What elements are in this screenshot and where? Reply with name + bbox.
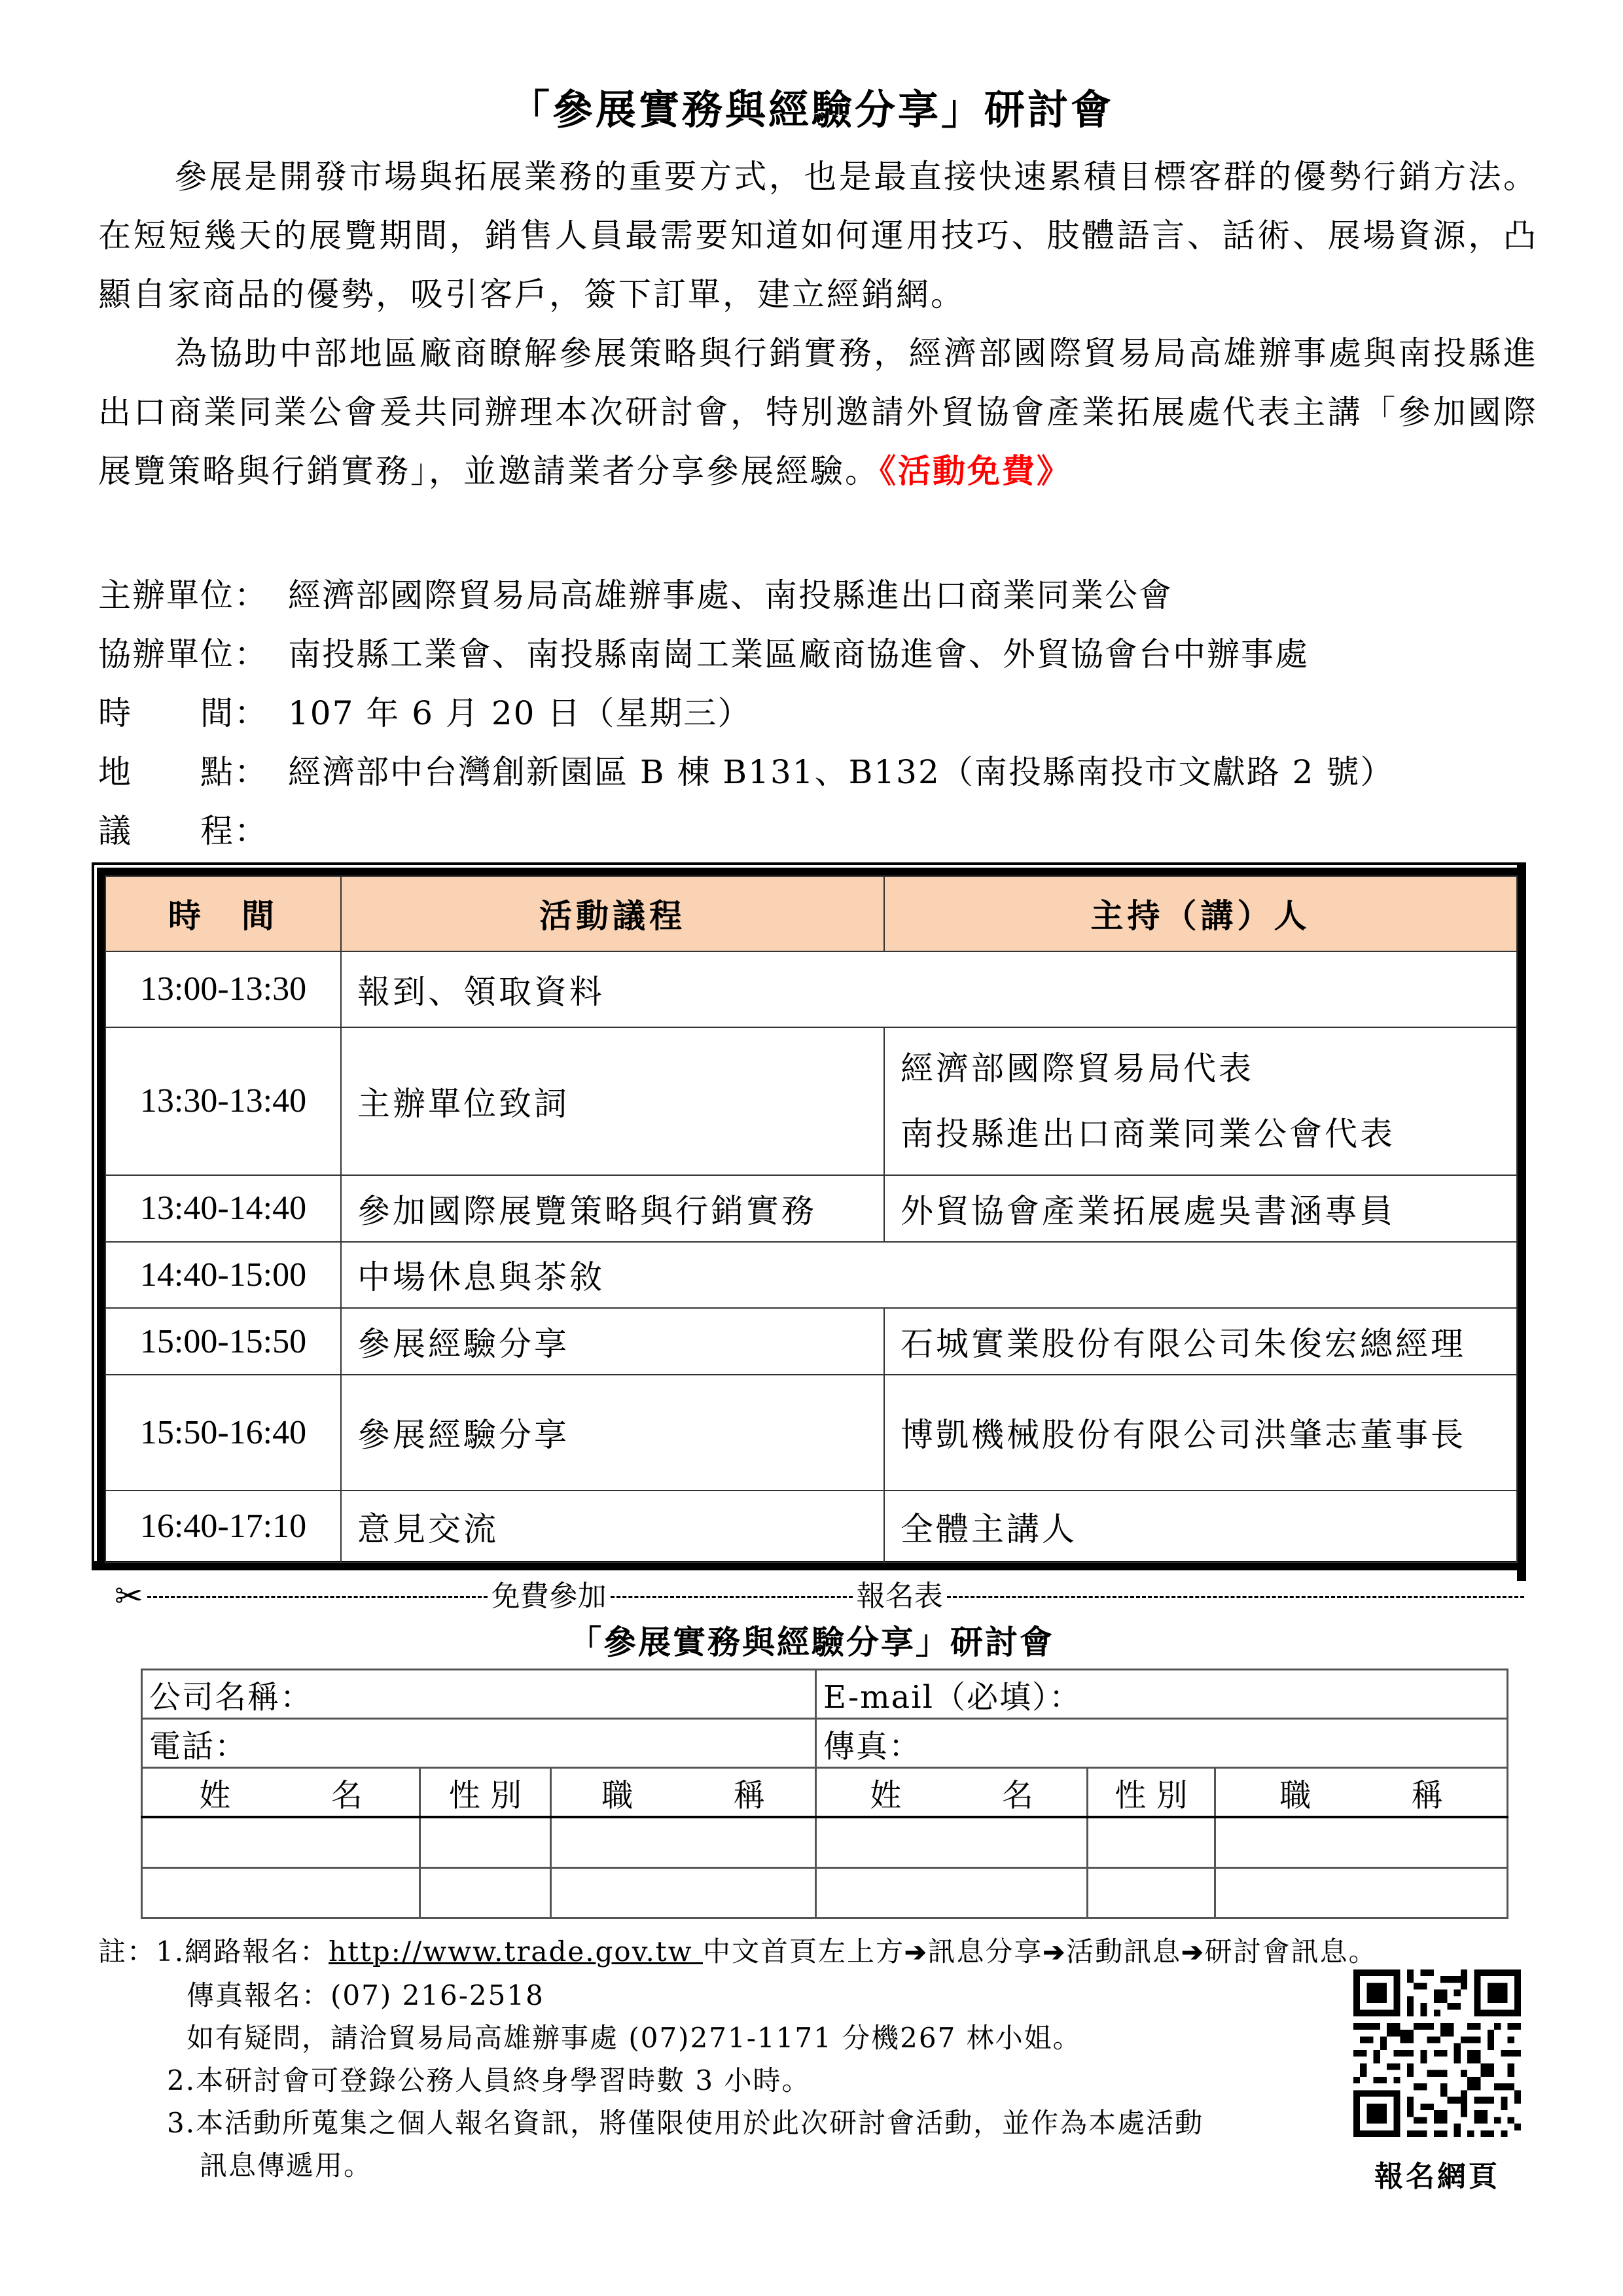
host-line: 經濟部國際貿易局代表 <box>901 1036 1501 1101</box>
gender-input[interactable] <box>420 1868 551 1918</box>
gender-input[interactable] <box>1088 1817 1215 1868</box>
name-input[interactable] <box>142 1817 420 1868</box>
header-host: 主持（講）人 <box>884 876 1517 951</box>
name-input[interactable] <box>142 1868 420 1918</box>
job-title-input[interactable] <box>1215 1868 1508 1918</box>
arrow-right-icon: ➔ <box>1043 1937 1067 1968</box>
info-value: 南投縣工業會、南投縣南崗工業區廠商協進會、外貿協會台中辦事處 <box>288 635 1309 673</box>
cell-time: 13:40-14:40 <box>105 1175 341 1242</box>
gender-input[interactable] <box>1088 1868 1215 1918</box>
header-job-title: 職稱 <box>1215 1768 1508 1818</box>
fax-field[interactable]: 傳真： <box>816 1719 1508 1768</box>
info-value: 107 年 6 月 20 日（星期三） <box>288 694 751 732</box>
header-time: 時 間 <box>105 876 341 951</box>
company-field[interactable]: 公司名稱： <box>142 1670 816 1719</box>
info-label: 協辦單位： <box>98 625 288 684</box>
info-date: 時 間：107 年 6 月 20 日（星期三） <box>98 684 751 743</box>
cell-activity: 中場休息與茶敘 <box>341 1242 1517 1309</box>
name-input[interactable] <box>816 1868 1088 1918</box>
form-title: 「參展實務與經驗分享」研討會 <box>0 1616 1623 1663</box>
phone-label: 電話： <box>149 1728 247 1765</box>
header-name: 姓名 <box>142 1768 420 1818</box>
cut-line: ✂ 免費參加 報名表 <box>115 1574 1528 1619</box>
table-row: 15:50-16:40 參展經驗分享 博凱機械股份有限公司洪肇志董事長 <box>105 1375 1517 1491</box>
arrow-right-icon: ➔ <box>1181 1937 1205 1968</box>
cell-time: 14:40-15:00 <box>105 1242 341 1309</box>
info-label: 議 程： <box>98 802 288 860</box>
cell-time: 15:00-15:50 <box>105 1308 341 1375</box>
header-job-title: 職稱 <box>551 1768 816 1818</box>
table-row: 14:40-15:00 中場休息與茶敘 <box>105 1242 1517 1309</box>
cell-host: 經濟部國際貿易局代表 南投縣進出口商業同業公會代表 <box>884 1027 1517 1175</box>
info-co-organizer: 協辦單位：南投縣工業會、南投縣南崗工業區廠商協進會、外貿協會台中辦事處 <box>98 625 1309 684</box>
note-prefix: 註： <box>98 1935 156 1968</box>
dashed-divider <box>147 1596 488 1598</box>
free-event-tag: 《活動免費》 <box>880 451 1071 490</box>
job-title-input[interactable] <box>551 1817 816 1868</box>
cell-activity: 參加國際展覽策略與行銷實務 <box>341 1175 884 1242</box>
cell-activity: 報到、領取資料 <box>341 951 1517 1027</box>
job-title-input[interactable] <box>551 1868 816 1918</box>
agenda-header-row: 時 間 活動議程 主持（講）人 <box>105 876 1517 951</box>
job-title-input[interactable] <box>1215 1817 1508 1868</box>
cut-label-free: 免費參加 <box>491 1574 607 1619</box>
scissors-icon: ✂ <box>115 1574 143 1619</box>
note-contact: 如有疑問，請洽貿易局高雄辦事處 (07)271-1171 分機267 林小姐。 <box>187 2017 1082 2060</box>
cell-activity: 參展經驗分享 <box>341 1375 884 1491</box>
cell-time: 13:00-13:30 <box>105 951 341 1027</box>
gender-input[interactable] <box>420 1817 551 1868</box>
qr-label: 報名網頁 <box>1353 2153 1521 2195</box>
table-row: 13:40-14:40 參加國際展覽策略與行銷實務 外貿協會產業拓展處吳書涵專員 <box>105 1175 1517 1242</box>
company-label: 公司名稱： <box>149 1679 313 1716</box>
cell-activity: 主辦單位致詞 <box>341 1027 884 1175</box>
cell-activity: 意見交流 <box>341 1491 884 1563</box>
email-label: E-mail（必填）： <box>823 1679 1082 1716</box>
intro-text-2: 為協助中部地區廠商瞭解參展策略與行銷實務，經濟部國際貿易局高雄辦事處與南投縣進出… <box>98 334 1538 490</box>
cell-host: 外貿協會產業拓展處吳書涵專員 <box>884 1175 1517 1242</box>
table-row: 13:30-13:40 主辦單位致詞 經濟部國際貿易局代表 南投縣進出口商業同業… <box>105 1027 1517 1175</box>
name-input[interactable] <box>816 1817 1088 1868</box>
page-title: 「參展實務與經驗分享」研討會 <box>0 77 1623 135</box>
intro-paragraph-2: 為協助中部地區廠商瞭解參展策略與行銷實務，經濟部國際貿易局高雄辦事處與南投縣進出… <box>98 324 1538 501</box>
info-label: 主辦單位： <box>98 566 288 625</box>
cell-host: 博凱機械股份有限公司洪肇志董事長 <box>884 1375 1517 1491</box>
agenda-table-frame: 時 間 活動議程 主持（講）人 13:00-13:30 報到、領取資料 13:3… <box>92 862 1525 1570</box>
cell-host: 石城實業股份有限公司朱俊宏總經理 <box>884 1308 1517 1375</box>
phone-field[interactable]: 電話： <box>142 1719 816 1768</box>
note-fax-signup: 傳真報名：(07) 216-2518 <box>187 1974 544 2017</box>
intro-paragraph-1: 參展是開發市場與拓展業務的重要方式，也是最直接快速累積目標客群的優勢行銷方法。在… <box>98 147 1538 324</box>
header-gender: 性 別 <box>1088 1768 1215 1818</box>
note-1-label: 1.網路報名： <box>156 1935 329 1968</box>
registration-form: 公司名稱： E-mail（必填）： 電話： 傳真： 姓名 性 別 職稱 姓名 性… <box>141 1669 1508 1919</box>
cut-label-form: 報名表 <box>857 1574 943 1619</box>
form-row-company: 公司名稱： E-mail（必填）： <box>142 1670 1508 1719</box>
form-entry-row <box>142 1817 1508 1868</box>
info-location: 地 點：經濟部中台灣創新園區 B 棟 B131、B132（南投縣南投市文獻路 2… <box>98 743 1394 802</box>
agenda-table: 時 間 活動議程 主持（講）人 13:00-13:30 報到、領取資料 13:3… <box>105 875 1518 1563</box>
info-agenda-label: 議 程： <box>98 802 288 860</box>
cell-time: 16:40-17:10 <box>105 1491 341 1563</box>
info-organizer: 主辦單位：經濟部國際貿易局高雄辦事處、南投縣進出口商業同業公會 <box>98 566 1173 625</box>
note-3-cont: 訊息傳遞用。 <box>200 2144 372 2187</box>
info-label: 時 間： <box>98 684 288 743</box>
info-label: 地 點： <box>98 743 288 802</box>
cell-activity: 參展經驗分享 <box>341 1308 884 1375</box>
form-header-row: 姓名 性 別 職稱 姓名 性 別 職稱 <box>142 1768 1508 1818</box>
email-field[interactable]: E-mail（必填）： <box>816 1670 1508 1719</box>
qr-code-icon[interactable] <box>1353 1969 1521 2137</box>
dashed-divider <box>611 1596 853 1598</box>
info-value: 經濟部中台灣創新園區 B 棟 B131、B132（南投縣南投市文獻路 2 號） <box>288 753 1394 791</box>
info-value: 經濟部國際貿易局高雄辦事處、南投縣進出口商業同業公會 <box>288 576 1173 614</box>
note-2: 2.本研討會可登錄公務人員終身學習時數 3 小時。 <box>167 2059 811 2102</box>
fax-label: 傳真： <box>823 1728 921 1765</box>
arrow-right-icon: ➔ <box>904 1937 928 1968</box>
table-row: 16:40-17:10 意見交流 全體主講人 <box>105 1491 1517 1563</box>
header-activity: 活動議程 <box>341 876 884 951</box>
intro-text-1: 參展是開發市場與拓展業務的重要方式，也是最直接快速累積目標客群的優勢行銷方法。在… <box>98 158 1538 313</box>
form-row-phone: 電話： 傳真： <box>142 1719 1508 1768</box>
note-1: 註：1.網路報名：http://www.trade.gov.tw 中文首頁左上方… <box>98 1930 1378 1973</box>
cell-time: 15:50-16:40 <box>105 1375 341 1491</box>
form-entry-row <box>142 1868 1508 1918</box>
dashed-divider <box>947 1596 1524 1598</box>
cell-time: 13:30-13:40 <box>105 1027 341 1175</box>
note-3: 3.本活動所蒐集之個人報名資訊，將僅限使用於此次研討會活動，並作為本處活動 <box>167 2102 1204 2145</box>
trade-website-link[interactable]: http://www.trade.gov.tw <box>329 1935 703 1968</box>
table-row: 13:00-13:30 報到、領取資料 <box>105 951 1517 1027</box>
cell-host: 全體主講人 <box>884 1491 1517 1563</box>
header-gender: 性 別 <box>420 1768 551 1818</box>
host-line: 南投縣進出口商業同業公會代表 <box>901 1101 1501 1167</box>
header-name: 姓名 <box>816 1768 1088 1818</box>
table-row: 15:00-15:50 參展經驗分享 石城實業股份有限公司朱俊宏總經理 <box>105 1308 1517 1375</box>
